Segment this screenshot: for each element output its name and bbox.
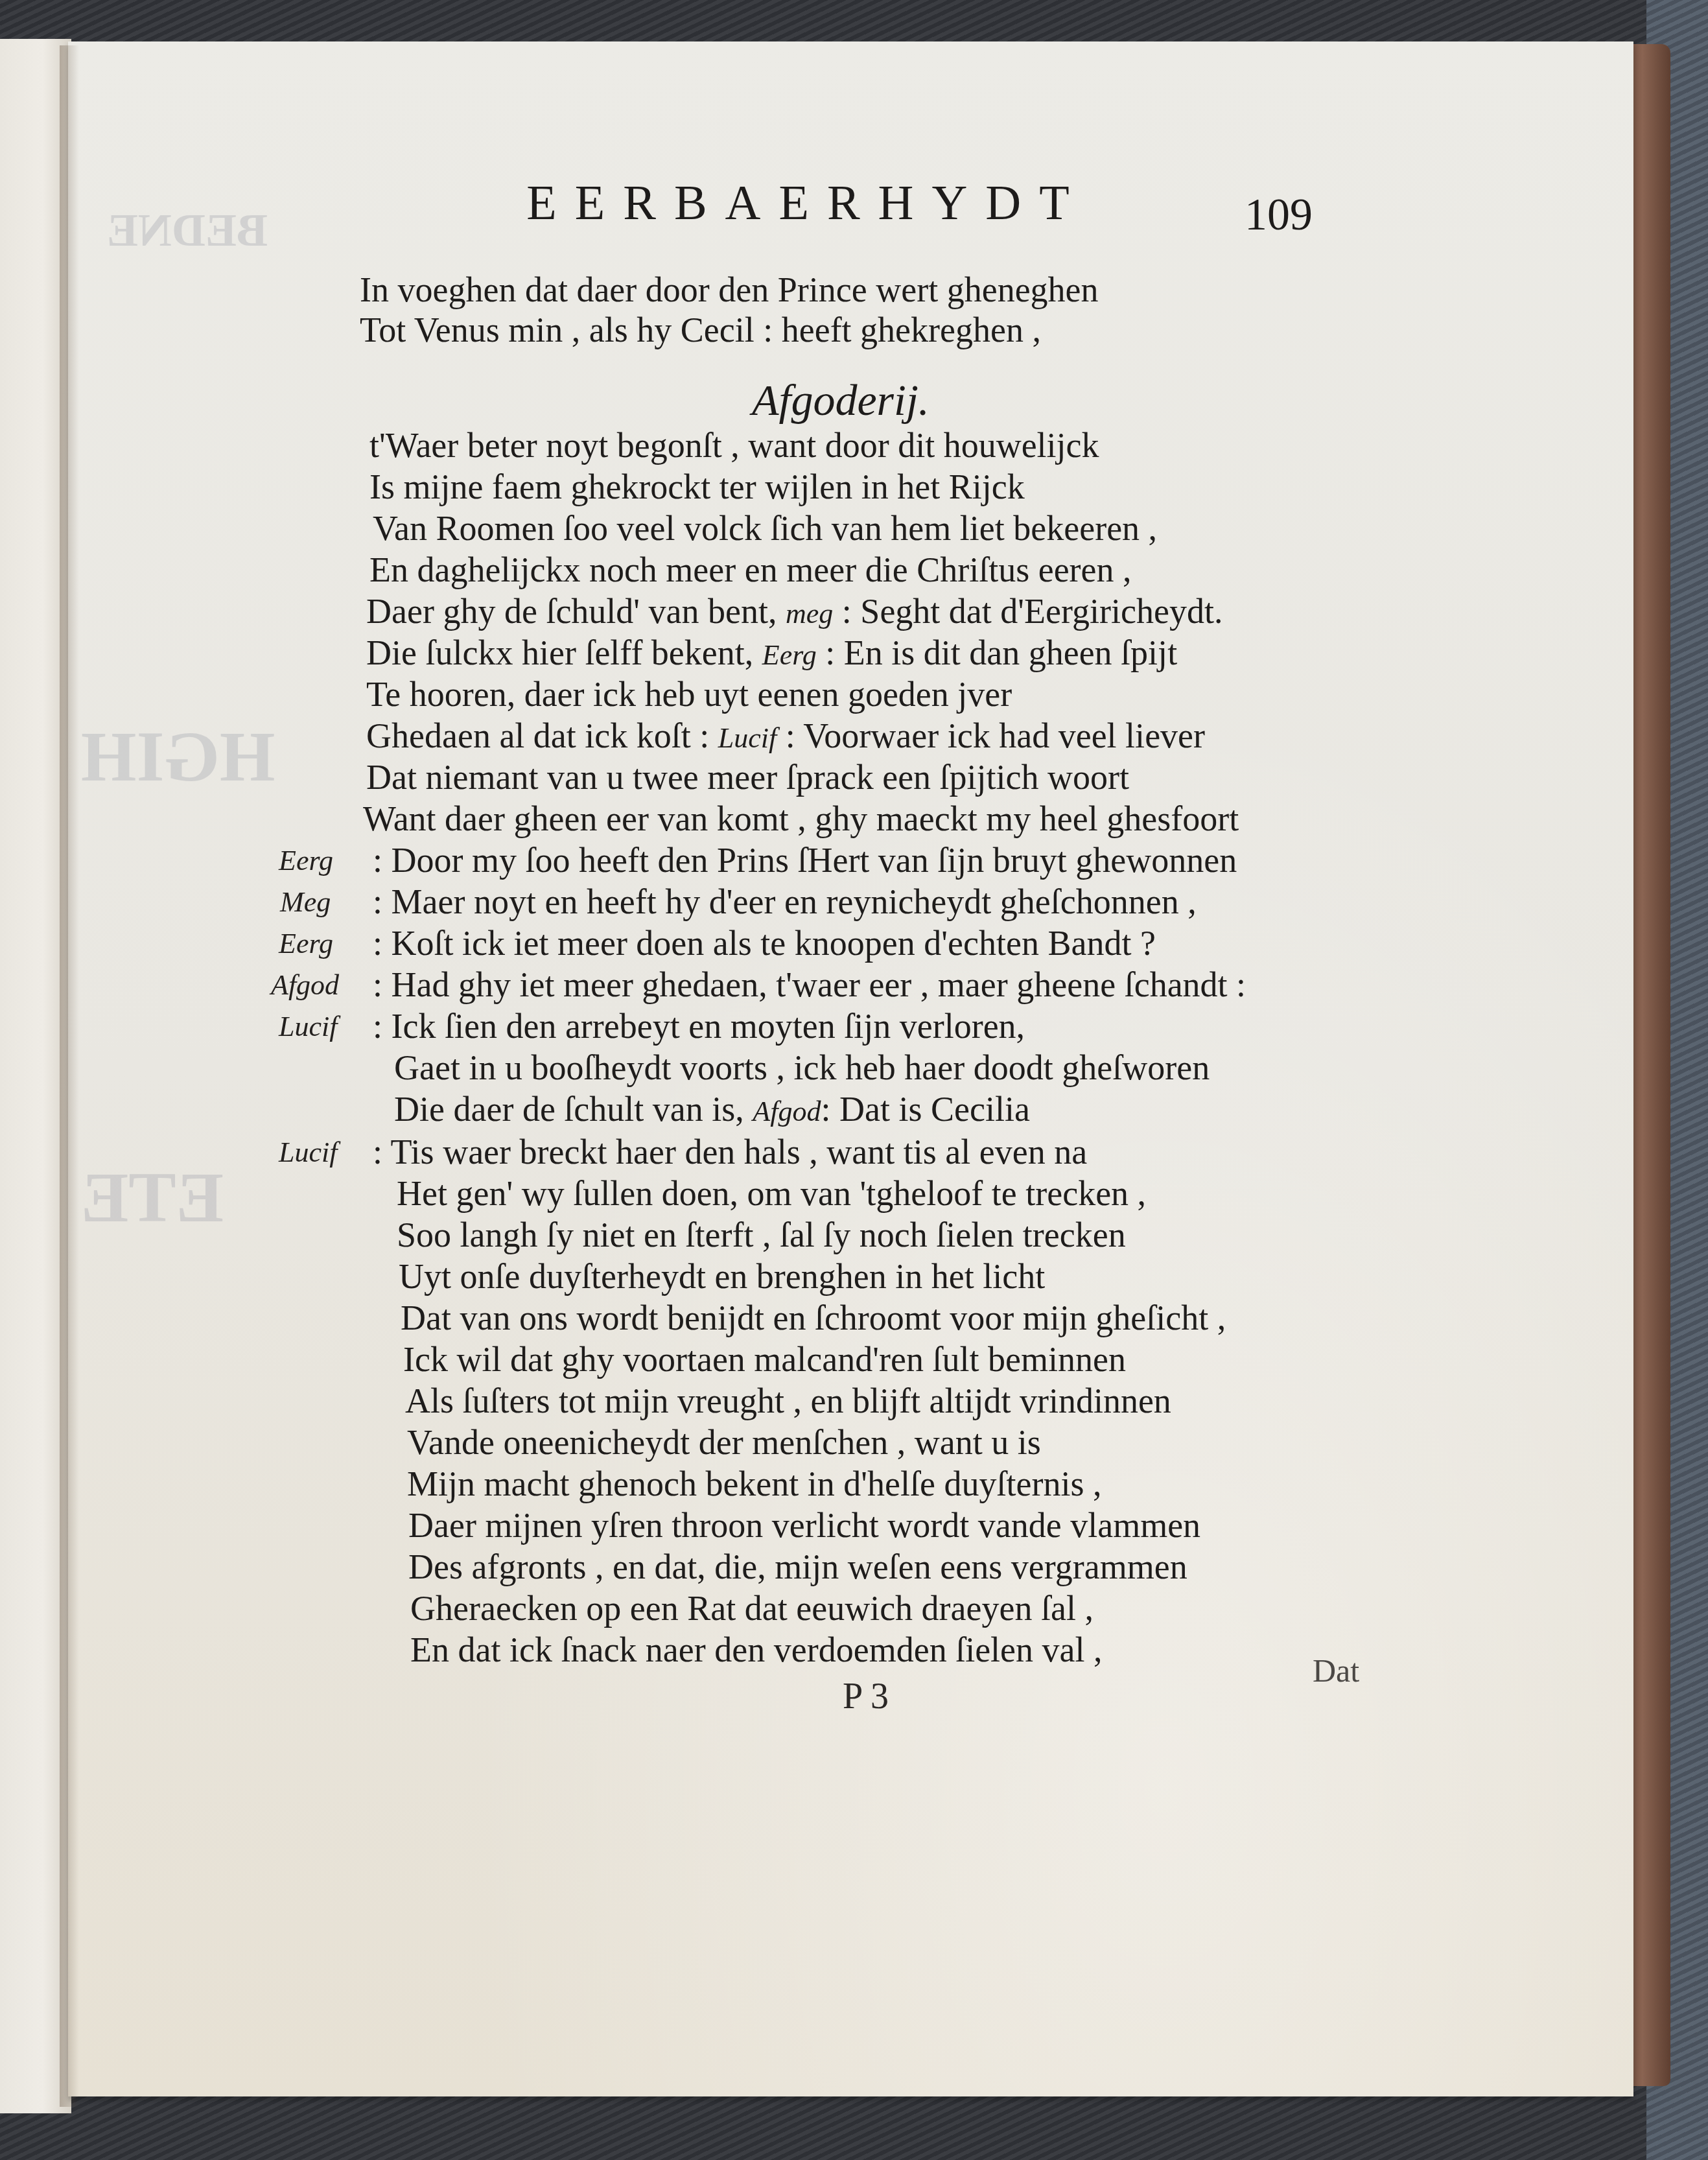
verse-line: Daer ghy de ſchuld' van bent, meg : Segh… bbox=[366, 594, 1223, 629]
inline-speaker-label: Afgod bbox=[753, 1096, 821, 1127]
verse-line-text: : Dat is Cecilia bbox=[821, 1090, 1029, 1129]
verse-line: En daghelijckx noch meer en meer die Chr… bbox=[369, 552, 1132, 587]
verse-line: Daer mijnen yſren throon verlicht wordt … bbox=[408, 1508, 1200, 1543]
verse-line-text: : Voorwaer ick had veel liever bbox=[777, 716, 1205, 755]
speaker-label: Eerg bbox=[279, 847, 333, 875]
verse-line-text: : Koſt ick iet meer doen als te knoopen … bbox=[373, 924, 1156, 963]
verse-line-text: Tot Venus min , als hy Cecil : heeft ghe… bbox=[360, 311, 1041, 349]
verse-line: Het gen' wy ſullen doen, om van 'tgheloo… bbox=[397, 1176, 1146, 1211]
verse-line-text: Des afgronts , en dat, die, mijn weſen e… bbox=[408, 1547, 1187, 1586]
verse-line-text: Uyt onſe duyſterheydt en brenghen in het… bbox=[399, 1257, 1045, 1296]
verse-line-text: Dat niemant van u twee meer ſprack een ſ… bbox=[366, 758, 1129, 797]
verse-line: : Koſt ick iet meer doen als te knoopen … bbox=[373, 926, 1156, 961]
verse-line: Is mijne faem ghekrockt ter wijlen in he… bbox=[369, 469, 1025, 504]
inline-speaker-label: Eerg bbox=[762, 639, 817, 671]
section-title: Afgoderij. bbox=[752, 375, 930, 426]
verse-line: Die daer de ſchult van is, Afgod: Dat is… bbox=[394, 1092, 1030, 1127]
inline-speaker-label: meg bbox=[786, 598, 833, 629]
verse-line-text: Is mijne faem ghekrockt ter wijlen in he… bbox=[369, 467, 1025, 506]
verse-line-text: Gheraecken op een Rat dat eeuwich draeye… bbox=[410, 1589, 1094, 1628]
signature-mark: P 3 bbox=[843, 1676, 889, 1717]
verse-line-text: : Seght dat d'Eergiricheydt. bbox=[833, 592, 1223, 631]
speaker-label: Meg bbox=[280, 888, 331, 917]
verse-line-text: Soo langh ſy niet en ſterft , ſal ſy noc… bbox=[397, 1215, 1126, 1254]
verse-line-text: Daer mijnen yſren throon verlicht wordt … bbox=[408, 1506, 1200, 1545]
verse-line: Gaet in u booſheydt voorts , ick heb hae… bbox=[394, 1050, 1210, 1085]
verse-line-text: Mijn macht ghenoch bekent in d'helſe duy… bbox=[407, 1464, 1101, 1503]
verse-line-text: Ick wil dat ghy voortaen malcand'ren ſul… bbox=[403, 1340, 1126, 1379]
speaker-label: Lucif bbox=[279, 1013, 337, 1041]
verse-line-text: In voeghen dat daer door den Prince wert… bbox=[360, 270, 1099, 309]
verse-line: : Door my ſoo heeft den Prins ſHert van … bbox=[373, 843, 1237, 878]
show-through-text: HGIH bbox=[81, 716, 275, 798]
verse-line: In voeghen dat daer door den Prince wert… bbox=[360, 272, 1099, 307]
verse-line: Die ſulckx hier ſelff bekent, Eerg : En … bbox=[366, 635, 1177, 670]
verse-line: : Maer noyt en heeft hy d'eer en reynich… bbox=[373, 884, 1197, 919]
verse-line: Want daer gheen eer van komt , ghy maeck… bbox=[363, 801, 1239, 836]
verse-line-text: Ghedaen al dat ick koſt : bbox=[366, 716, 718, 755]
verse-line: : Ick ſien den arrebeyt en moyten ſijn v… bbox=[373, 1009, 1025, 1044]
verse-line-text: Want daer gheen eer van komt , ghy maeck… bbox=[363, 799, 1239, 838]
verse-line-text: En dat ick ſnack naer den verdoemden ſie… bbox=[410, 1630, 1103, 1669]
verse-line: Tot Venus min , als hy Cecil : heeft ghe… bbox=[360, 312, 1041, 347]
show-through-text: ETE bbox=[81, 1156, 224, 1239]
verse-line-text: Die daer de ſchult van is, bbox=[394, 1090, 753, 1129]
verse-line-text: : Had ghy iet meer ghedaen, t'waer eer ,… bbox=[373, 965, 1246, 1004]
gutter-shadow bbox=[60, 45, 79, 2107]
verse-line-text: Te hooren, daer ick heb uyt eenen goeden… bbox=[366, 675, 1012, 714]
verse-line-text: t'Waer beter noyt begonſt , want door di… bbox=[369, 426, 1099, 465]
verse-line: Vande oneenicheydt der menſchen , want u… bbox=[407, 1425, 1041, 1460]
verse-line: Van Roomen ſoo veel volck ſich van hem l… bbox=[373, 511, 1157, 546]
verse-line: En dat ick ſnack naer den verdoemden ſie… bbox=[410, 1632, 1103, 1667]
verse-line-text: Het gen' wy ſullen doen, om van 'tgheloo… bbox=[397, 1174, 1146, 1213]
catchword: Dat bbox=[1313, 1652, 1359, 1689]
verse-line-text: Die ſulckx hier ſelff bekent, bbox=[366, 633, 762, 672]
verse-line-text: : En is dit dan gheen ſpijt bbox=[817, 633, 1177, 672]
verse-line-text: : Ick ſien den arrebeyt en moyten ſijn v… bbox=[373, 1007, 1025, 1046]
running-head: EERBAERHYDT bbox=[483, 175, 1131, 231]
verse-line-text: : Door my ſoo heeft den Prins ſHert van … bbox=[373, 841, 1237, 880]
verse-line: Ick wil dat ghy voortaen malcand'ren ſul… bbox=[403, 1342, 1126, 1377]
verse-line: Des afgronts , en dat, die, mijn weſen e… bbox=[408, 1549, 1187, 1584]
speaker-label: Afgod bbox=[271, 971, 339, 1000]
verse-line-text: Daer ghy de ſchuld' van bent, bbox=[366, 592, 786, 631]
verse-line: Te hooren, daer ick heb uyt eenen goeden… bbox=[366, 677, 1012, 712]
verse-line-text: Vande oneenicheydt der menſchen , want u… bbox=[407, 1423, 1041, 1462]
verse-line: Mijn macht ghenoch bekent in d'helſe duy… bbox=[407, 1466, 1101, 1501]
verse-line: Dat van ons wordt benijdt en ſchroomt vo… bbox=[401, 1300, 1226, 1335]
verse-line: Als ſuſters tot mijn vreught , en blijft… bbox=[405, 1383, 1171, 1418]
page-number: 109 bbox=[1245, 189, 1313, 241]
verse-line-text: : Tis waer breckt haer den hals , want t… bbox=[373, 1133, 1087, 1171]
verse-line: Soo langh ſy niet en ſterft , ſal ſy noc… bbox=[397, 1217, 1126, 1252]
inline-speaker-label: Lucif bbox=[718, 722, 777, 754]
verse-line-text: Van Roomen ſoo veel volck ſich van hem l… bbox=[373, 509, 1157, 548]
verse-line: Uyt onſe duyſterheydt en brenghen in het… bbox=[399, 1259, 1045, 1294]
verse-line-text: En daghelijckx noch meer en meer die Chr… bbox=[369, 550, 1132, 589]
verse-line: : Tis waer breckt haer den hals , want t… bbox=[373, 1134, 1087, 1169]
verse-line-text: Als ſuſters tot mijn vreught , en blijft… bbox=[405, 1381, 1171, 1420]
show-through-text: BEDNE bbox=[107, 204, 268, 257]
verse-line-text: Gaet in u booſheydt voorts , ick heb hae… bbox=[394, 1048, 1210, 1087]
verse-line: : Had ghy iet meer ghedaen, t'waer eer ,… bbox=[373, 967, 1246, 1002]
verse-line: Ghedaen al dat ick koſt : Lucif : Voorwa… bbox=[366, 718, 1205, 753]
verse-line-text: Dat van ons wordt benijdt en ſchroomt vo… bbox=[401, 1298, 1226, 1337]
verse-line: Gheraecken op een Rat dat eeuwich draeye… bbox=[410, 1591, 1094, 1626]
speaker-label: Lucif bbox=[279, 1138, 337, 1167]
verse-line: Dat niemant van u twee meer ſprack een ſ… bbox=[366, 760, 1129, 795]
verse-line-text: : Maer noyt en heeft hy d'eer en reynich… bbox=[373, 882, 1197, 921]
speaker-label: Eerg bbox=[279, 930, 333, 958]
verse-line: t'Waer beter noyt begonſt , want door di… bbox=[369, 428, 1099, 463]
